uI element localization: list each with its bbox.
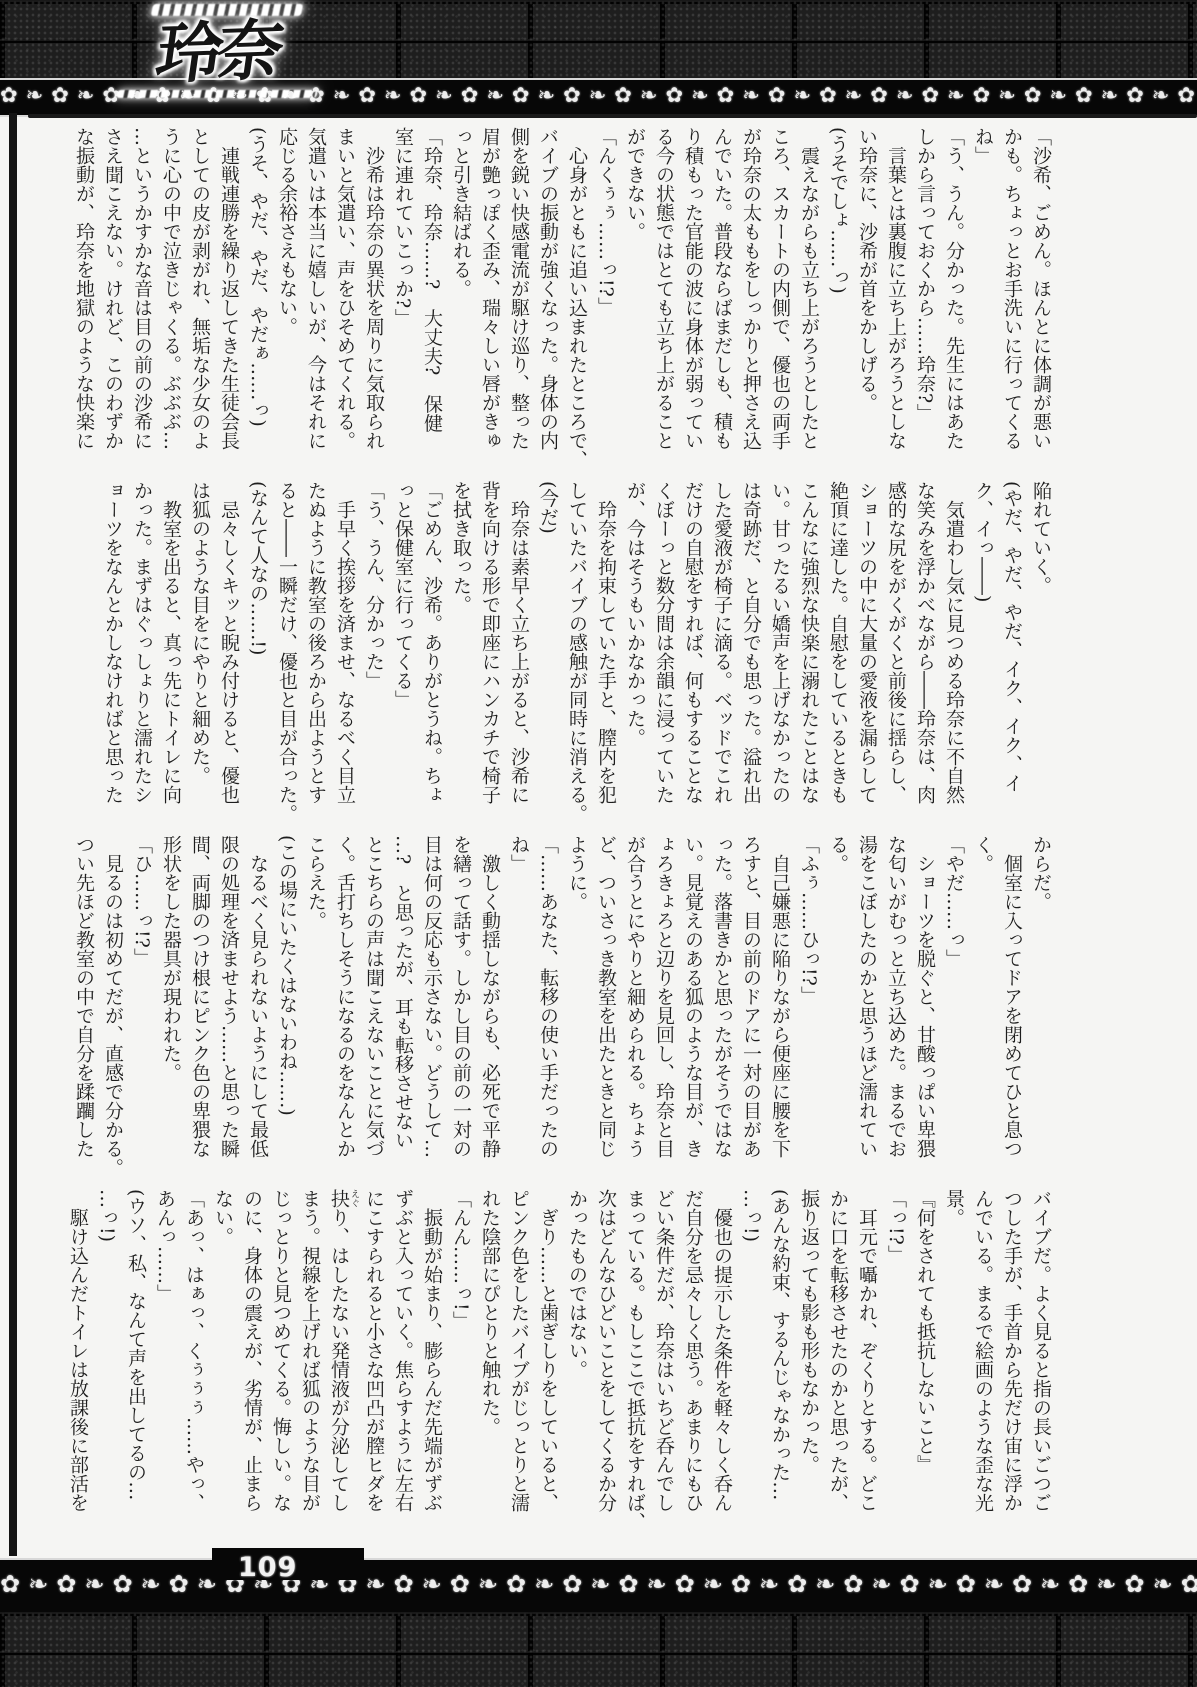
- text-column: のに、身体の震えが、劣情が、止まら: [237, 1189, 266, 1535]
- text-column: が合うとにやりと細められる。ちょう: [620, 835, 649, 1181]
- text-column: からだ。: [1026, 835, 1055, 1181]
- text-column: 間、両脚のつけ根にピンク色の卑猥な: [185, 835, 214, 1181]
- text-column: こんなに強烈な快楽に溺れたことはな: [794, 481, 823, 827]
- text-column: 背を向ける形で即座にハンカチで椅子: [475, 481, 504, 827]
- text-column: まっている。もしここで抵抗をすれば、: [620, 1189, 649, 1535]
- page-text: 「沙希、ごめん。ほんとに体調が悪いかも。ちょっとお手洗いに行ってくるね」「う、う…: [65, 127, 1055, 1543]
- text-column: 「やだ……っ」: [939, 835, 968, 1181]
- text-column: (この場にいたくはないわね……): [272, 835, 301, 1181]
- text-column: ると――一瞬だけ、優也と目が合った。: [272, 481, 301, 827]
- text-column: 「う、うん、分かった」: [359, 481, 388, 827]
- text-column: じっとりと見つめてくる。悔しい。な: [266, 1189, 295, 1535]
- text-column: 見るのは初めてだが、直感で分かる。: [98, 835, 127, 1181]
- text-column: 優也の提示した条件を軽々しく呑ん: [707, 1189, 736, 1535]
- text-column: 陥れていく。: [1026, 481, 1055, 827]
- text-column: 「ふぅ……ひっ!?」: [794, 835, 823, 1181]
- text-column: 気遣いは本当に嬉しいが、今はそれに: [301, 127, 330, 473]
- text-column: ね」: [968, 127, 997, 473]
- text-column: (うそでしょ……っ): [823, 127, 852, 473]
- text-column: れた陰部にぴとりと触れた。: [475, 1189, 504, 1535]
- text-column: 応じる余裕さえもない。: [272, 127, 301, 473]
- text-column: あんっ……」: [150, 1189, 179, 1535]
- text-column: ない。: [208, 1189, 237, 1535]
- text-column: 耳元で囁かれ、ぞくりとする。どこ: [852, 1189, 881, 1535]
- text-column: つした手が、手首から先だけ宙に浮か: [997, 1189, 1026, 1535]
- text-column: ができない。: [620, 127, 649, 473]
- text-column: 個室に入ってドアを閉めてひと息つ: [997, 835, 1026, 1181]
- text-column: たぬように教室の後ろから出ようとす: [301, 481, 330, 827]
- text-column: (あんな約束、するんじゃなかった…: [765, 1189, 794, 1535]
- logo-title: 玲奈: [76, 11, 358, 92]
- text-column: 連戦連勝を繰り返してきた生徒会長: [214, 127, 243, 473]
- text-column: …というかすかな音は目の前の沙希に: [127, 127, 156, 473]
- text-column: 次はどんなひどいことをしてくるか分: [591, 1189, 620, 1535]
- text-column: 目は何の反応も示さない。どうして…: [417, 835, 446, 1181]
- text-column: ぎり……と歯ぎしりをしていると、: [533, 1189, 562, 1535]
- text-column: バイブだ。よく見ると指の長いごつご: [1026, 1189, 1055, 1535]
- text-column: …っ!): [736, 1189, 765, 1535]
- text-column: …っ!): [92, 1189, 121, 1535]
- text-column: ょろきょろと辺りを見回し、玲奈と目: [649, 835, 678, 1181]
- text-column: 言葉とは裏腹に立ち上がろうとしな: [881, 127, 910, 473]
- text-column: な匂いがむっと立ち込めた。まるでお: [881, 835, 910, 1181]
- logo-tagline-bottom: [116, 90, 318, 98]
- text-column: かも。ちょっとお手洗いに行ってくる: [997, 127, 1026, 473]
- text-column: 「んくぅぅ……っ!?」: [591, 127, 620, 473]
- text-column: (うそ、やだ、やだ、やだぁ……っ): [243, 127, 272, 473]
- text-column: ね」: [504, 835, 533, 1181]
- ornament-border-bottom: ✿❧✿❧✿❧✿❧✿❧✿❧✿❧✿❧✿❧✿❧✿❧✿❧✿❧✿❧✿❧✿❧✿❧✿❧✿❧✿❧…: [0, 1558, 1197, 1614]
- text-column: が玲奈の太ももをしっかりと押さえ込: [736, 127, 765, 473]
- scan-edge-line: [28, 114, 1197, 118]
- text-column: 「沙希、ごめん。ほんとに体調が悪い: [1026, 127, 1055, 473]
- text-column: んでいた。普段ならばまだしも、積も: [707, 127, 736, 473]
- text-column: だけの自慰をすれば、何もすることな: [678, 481, 707, 827]
- text-column: くぼーっと数分間は余韻に浸っていた: [649, 481, 678, 827]
- text-column: を拭き取った。: [446, 481, 475, 827]
- text-column: (ウソ、私、なんて声を出してるの…: [121, 1189, 150, 1535]
- text-column: 「んん……っ!」: [446, 1189, 475, 1535]
- text-column: (やだ、やだ、やだ、イク、イク、イ: [997, 481, 1026, 827]
- text-column: ク、イっ――): [968, 481, 997, 827]
- book-logo: 玲奈: [82, 4, 352, 98]
- text-column: 抉えぐり、はしたない発情液が分泌してし: [324, 1189, 359, 1535]
- text-band-1: 「沙希、ごめん。ほんとに体調が悪いかも。ちょっとお手洗いに行ってくるね」「う、う…: [65, 127, 1055, 473]
- text-column: 気遣わし気に見つめる玲奈に不自然: [939, 481, 968, 827]
- text-column: ころ、スカートの内側で、優也の両手: [765, 127, 794, 473]
- text-column: ョーツをなんとかしなければと思った: [98, 481, 127, 827]
- text-column: ように。: [562, 835, 591, 1181]
- text-column: い玲奈に、沙希が首をかしげる。: [852, 127, 881, 473]
- text-column: バイブの振動が強くなった。身体の内: [533, 127, 562, 473]
- text-column: 絶頂に達した。自慰をしているときも: [823, 481, 852, 827]
- text-column: な笑みを浮かべながら――玲奈は、肉: [910, 481, 939, 827]
- text-column: 忌々しくキッと睨み付けると、優也: [214, 481, 243, 827]
- text-column: 心身がともに追い込まれたところで、: [562, 127, 591, 473]
- text-column: 沙希は玲奈の異状を周りに気取られ: [359, 127, 388, 473]
- text-column: (今だ): [533, 481, 562, 827]
- text-column: 感的な尻をがくがくと前後に揺らし、: [881, 481, 910, 827]
- text-column: 駆け込んだトイレは放課後に部活を: [63, 1189, 92, 1535]
- text-column: 「っ!?」: [881, 1189, 910, 1535]
- text-column: 教室を出ると、真っ先にトイレに向: [156, 481, 185, 827]
- text-band-3: からだ。 個室に入ってドアを閉めてひと息つく。「やだ……っ」 ショーツを脱ぐと、…: [65, 835, 1055, 1181]
- text-column: ろすと、目の前のドアに一対の目があ: [736, 835, 765, 1181]
- text-column: 「あっ、はぁっ、くぅぅぅ……やっ、: [179, 1189, 208, 1535]
- text-column: る。: [823, 835, 852, 1181]
- text-column: 湯をこぼしたのかと思うほど濡れてい: [852, 835, 881, 1181]
- text-column: どい条件だが、玲奈はいちど呑んでし: [649, 1189, 678, 1535]
- scan-left-edge-bar: [9, 113, 17, 1556]
- text-column: んでいる。まるで絵画のような歪な光: [968, 1189, 997, 1535]
- text-column: 形状をした器具が現われた。: [156, 835, 185, 1181]
- text-column: ショーツの中に大量の愛液を漏らして: [852, 481, 881, 827]
- text-column: かに口を転移させたのかと思ったが、: [823, 1189, 852, 1535]
- text-column: かったものではない。: [562, 1189, 591, 1535]
- text-column: ショーツを脱ぐと、甘酸っぱい卑猥: [910, 835, 939, 1181]
- scanned-novel-page: 玲奈 ✿❧✿❧✿❧✿❧✿❧✿❧✿❧✿❧✿❧✿❧✿❧✿❧✿❧✿❧✿❧✿❧✿❧✿❧✿…: [0, 0, 1197, 1687]
- text-column: い。見覚えのある狐のような目が、き: [678, 835, 707, 1181]
- text-column: っと保健室に行ってくる」: [388, 481, 417, 827]
- text-column: 「玲奈、玲奈……? 大丈夫? 保健: [417, 127, 446, 473]
- text-column: 振り返っても影も形もなかった。: [794, 1189, 823, 1535]
- text-column: が、今はそうもいかなかった。: [620, 481, 649, 827]
- text-column: り積もった官能の波に身体が弱ってい: [678, 127, 707, 473]
- text-column: にこすられると小さな凹凸が膣ヒダを: [359, 1189, 388, 1535]
- text-column: く。舌打ちしそうになるのをなんとか: [330, 835, 359, 1181]
- text-column: 手早く挨拶を済ませ、なるべく目立: [330, 481, 359, 827]
- text-column: 振動が始まり、膨らんだ先端がずぶ: [417, 1189, 446, 1535]
- text-column: しから言っておくから……玲奈?」: [910, 127, 939, 473]
- text-band-2: 陥れていく。(やだ、やだ、やだ、イク、イク、イク、イっ――) 気遣わし気に見つめ…: [65, 481, 1055, 827]
- text-column: 激しく動揺しながらも、必死で平静: [475, 835, 504, 1181]
- text-column: こらえた。: [301, 835, 330, 1181]
- text-column: かった。まずはぐっしょりと濡れたシ: [127, 481, 156, 827]
- text-column: っと引き結ばれる。: [446, 127, 475, 473]
- text-band-4: バイブだ。よく見ると指の長いごつごつした手が、手首から先だけ宙に浮かんでいる。ま…: [65, 1189, 1055, 1535]
- text-column: …? と思ったが、耳も転移させない: [388, 835, 417, 1181]
- text-column: 『何をされても抵抗しないこと』: [910, 1189, 939, 1535]
- text-column: る今の状態ではとても立ち上がること: [649, 127, 678, 473]
- text-column: した愛液が椅子に滴る。ベッドでこれ: [707, 481, 736, 827]
- text-column: った。落書きかと思ったがそうではな: [707, 835, 736, 1181]
- text-column: していたバイブの感触が同時に消える。: [562, 481, 591, 827]
- text-column: 室に連れていこっか?」: [388, 127, 417, 473]
- text-column: は狐のような目をにやりと細めた。: [185, 481, 214, 827]
- text-column: 「ひ……っ!?」: [127, 835, 156, 1181]
- text-column: 自己嫌悪に陥りながら便座に腰を下: [765, 835, 794, 1181]
- text-column: さえ聞こえない。けれど、このわずか: [98, 127, 127, 473]
- text-column: うに心の中で泣きじゃくる。ぶぶぶ…: [156, 127, 185, 473]
- text-column: ど、ついさっき教室を出たときと同じ: [591, 835, 620, 1181]
- text-column: 限の処理を済ませよう……と思った瞬: [214, 835, 243, 1181]
- text-column: を繕って話す。しかし目の前の一対の: [446, 835, 475, 1181]
- text-column: つい先ほど教室の中で自分を蹂躙した: [69, 835, 98, 1181]
- page-number: 109: [238, 1552, 297, 1583]
- text-column: 側を鋭い快感電流が駆け巡り、整った: [504, 127, 533, 473]
- text-column: なるべく見られないようにして最低: [243, 835, 272, 1181]
- text-column: ずぶと入っていく。焦らすように左右: [388, 1189, 417, 1535]
- text-column: 景。: [939, 1189, 968, 1535]
- brick-texture-bottom: [0, 1612, 1197, 1687]
- text-column: く。: [968, 835, 997, 1181]
- text-column: (なんて人なの……!): [243, 481, 272, 827]
- text-column: 震えながらも立ち上がろうとしたと: [794, 127, 823, 473]
- text-column: な振動が、玲奈を地獄のような快楽に: [69, 127, 98, 473]
- text-column: だ自分を忌々しく思う。あまりにもひ: [678, 1189, 707, 1535]
- text-column: 「う、うん。分かった。先生にはあた: [939, 127, 968, 473]
- text-column: まいと気遣い、声をひそめてくれる。: [330, 127, 359, 473]
- text-column: い。甘ったるい嬌声を上げなかったの: [765, 481, 794, 827]
- text-column: とこちらの声は聞こえないことに気づ: [359, 835, 388, 1181]
- text-column: は奇跡だ、と自分でも思った。溢れ出: [736, 481, 765, 827]
- text-column: としての皮が剥がれ、無垢な少女のよ: [185, 127, 214, 473]
- text-column: 「……あなた、転移の使い手だったの: [533, 835, 562, 1181]
- text-column: まう。視線を上げれば狐のような目が: [295, 1189, 324, 1535]
- text-column: 玲奈を拘束していた手と、膣内を犯: [591, 481, 620, 827]
- text-column: 玲奈は素早く立ち上がると、沙希に: [504, 481, 533, 827]
- text-column: ピンク色をしたバイブがじっとりと濡: [504, 1189, 533, 1535]
- text-column: 「ごめん、沙希。ありがとうね。ちょ: [417, 481, 446, 827]
- text-column: 眉が艶っぽく歪み、瑞々しい唇がきゅ: [475, 127, 504, 473]
